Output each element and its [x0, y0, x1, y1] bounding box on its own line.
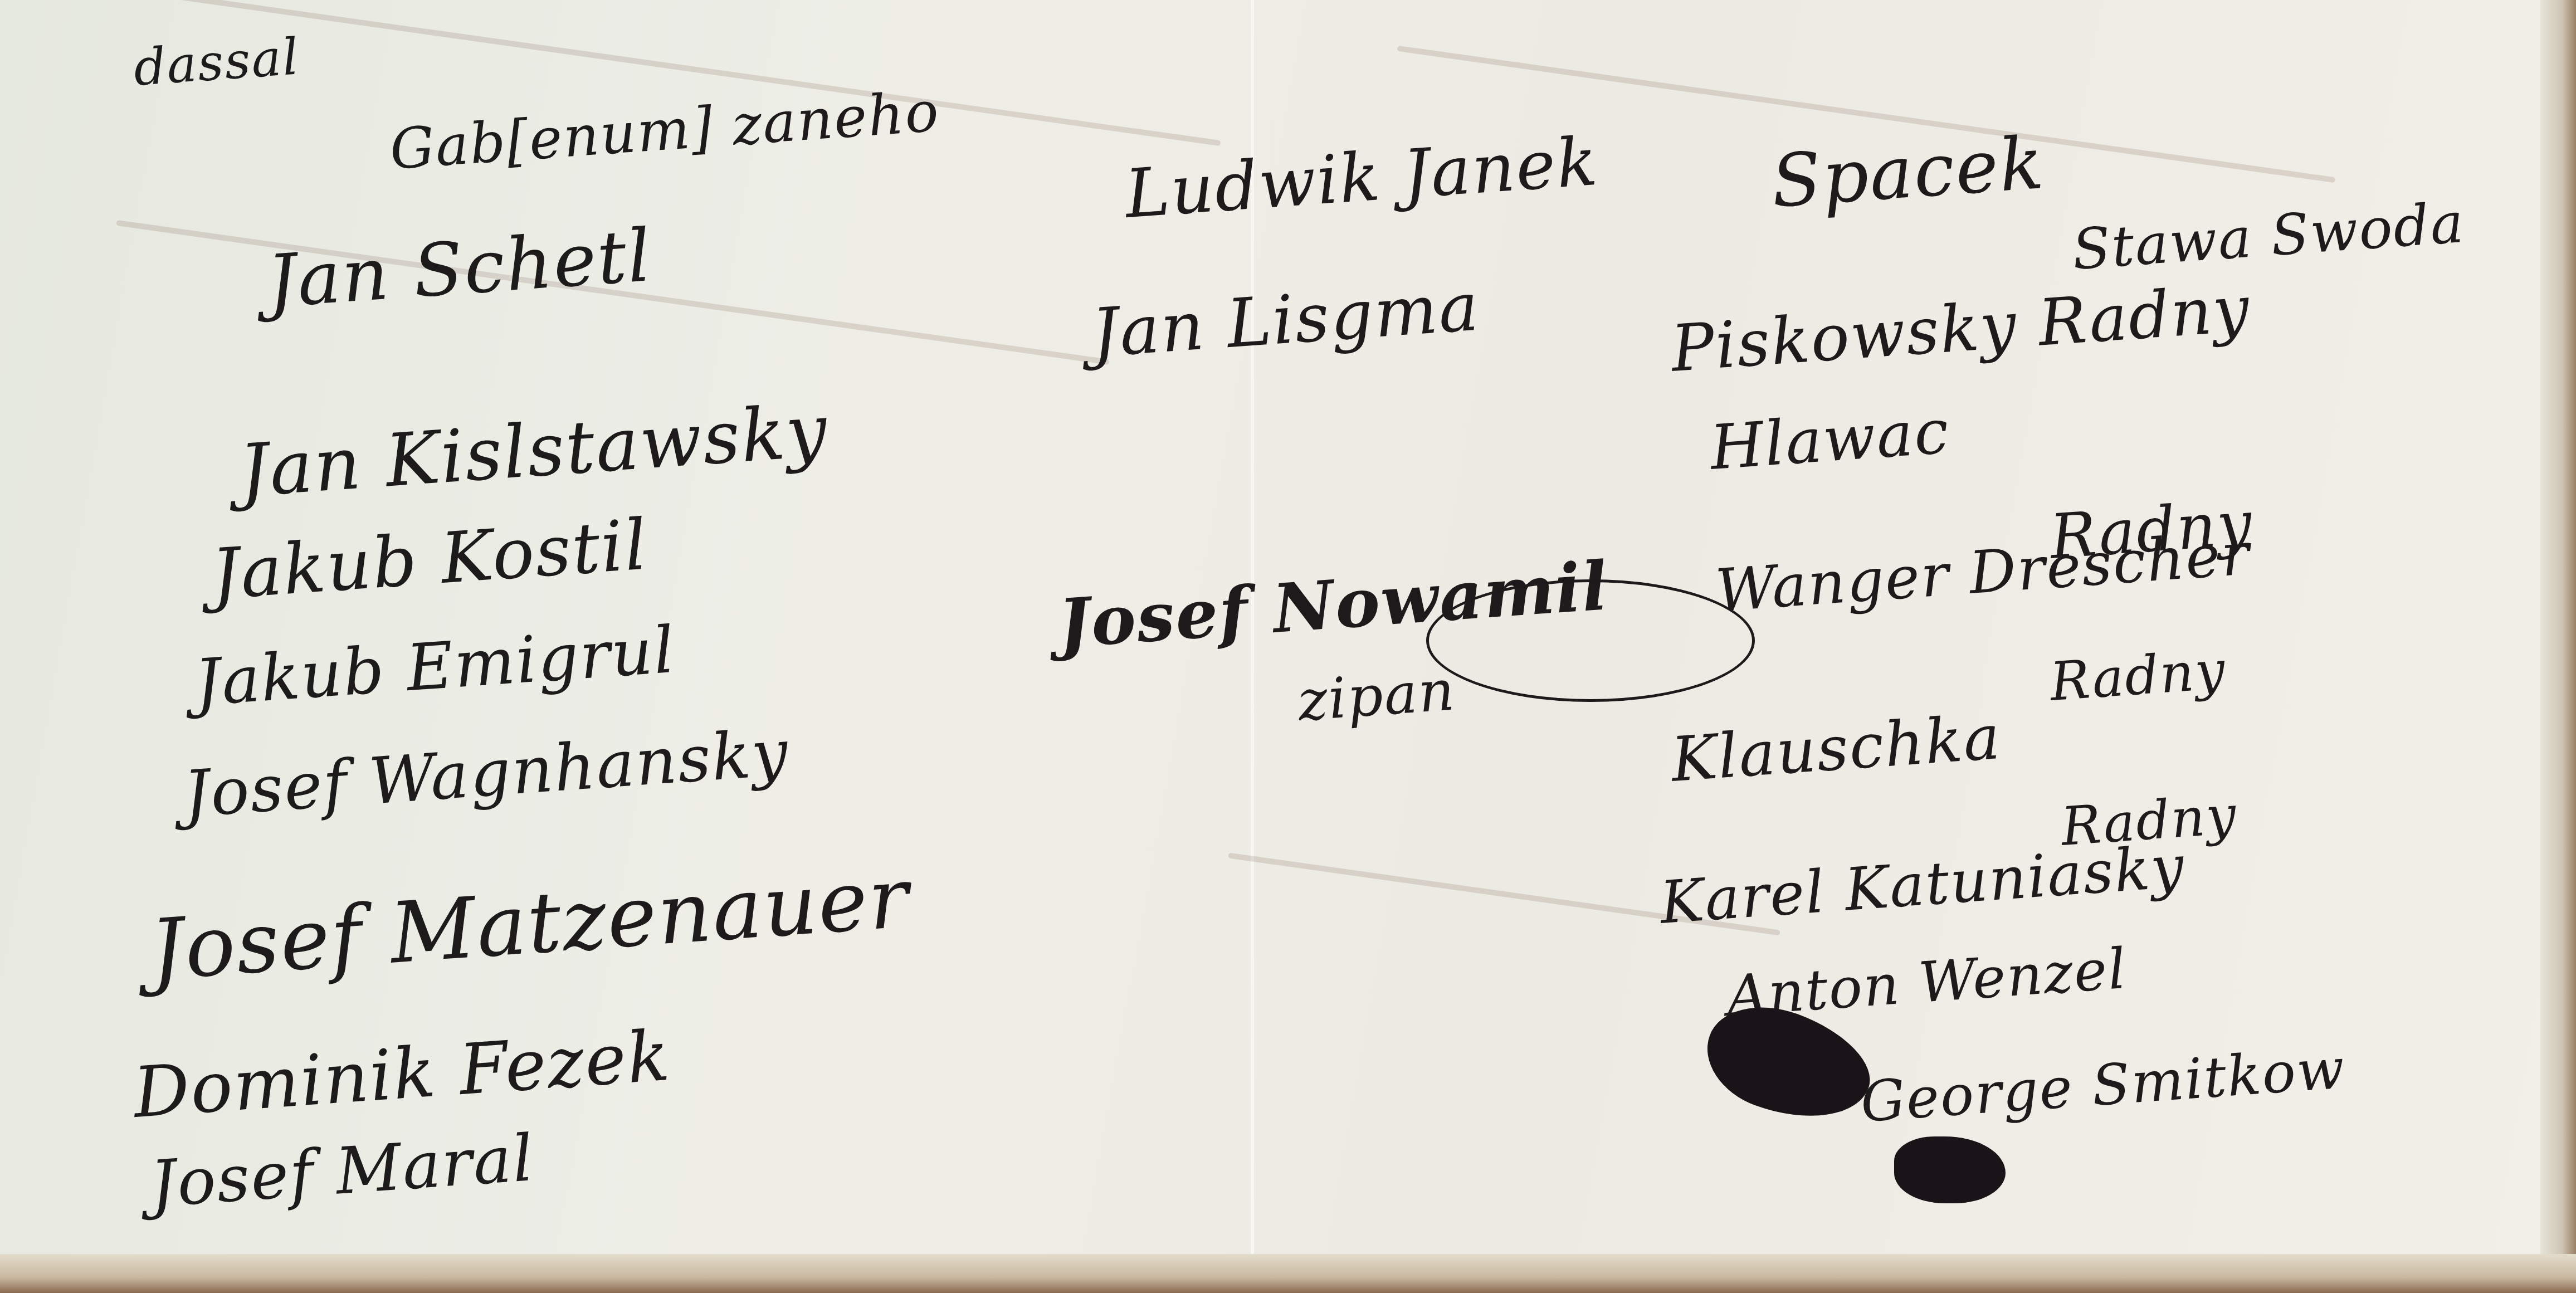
signature: Klauschka: [1669, 701, 2003, 796]
signature: Hlawac: [1708, 396, 1952, 484]
signature: Piskowsky Radny: [1668, 272, 2252, 387]
signature: Jan Lisgma: [1089, 269, 1482, 373]
signature: Josef Wagnhansky: [181, 715, 791, 832]
signature: Jakub Kostil: [209, 504, 650, 615]
signature: Wanger Drescher: [1714, 520, 2252, 625]
signature: zipan: [1296, 657, 1457, 733]
signature: Karel Katuniasky: [1658, 832, 2187, 937]
top-fragment: dassal: [131, 27, 301, 97]
ink-drip: [1894, 1136, 2006, 1203]
signature: Jakub Emigrul: [192, 613, 677, 721]
signature: Jan Schetl: [265, 213, 655, 324]
signature-flourish: [1426, 579, 1755, 702]
signature: Josef Matzenauer: [147, 850, 913, 999]
page-bottom-edge: [0, 1254, 2576, 1293]
signature: Stawa Swoda: [2070, 190, 2467, 282]
signature: Spacek: [1769, 120, 2047, 224]
page-right-edge: [2540, 0, 2576, 1293]
signature: George Smitkow: [1858, 1036, 2348, 1135]
signature: Josef Maral: [148, 1121, 536, 1222]
header-text: Gab[enum] zaneho: [388, 79, 941, 182]
signature: Dominik Fezek: [131, 1016, 673, 1134]
document-page: dassal Gab[enum] zaneho Jan Schetl Jan K…: [0, 0, 2545, 1259]
signature: Radny: [2048, 640, 2228, 713]
signature: Jan Kislstawsky: [237, 388, 831, 513]
